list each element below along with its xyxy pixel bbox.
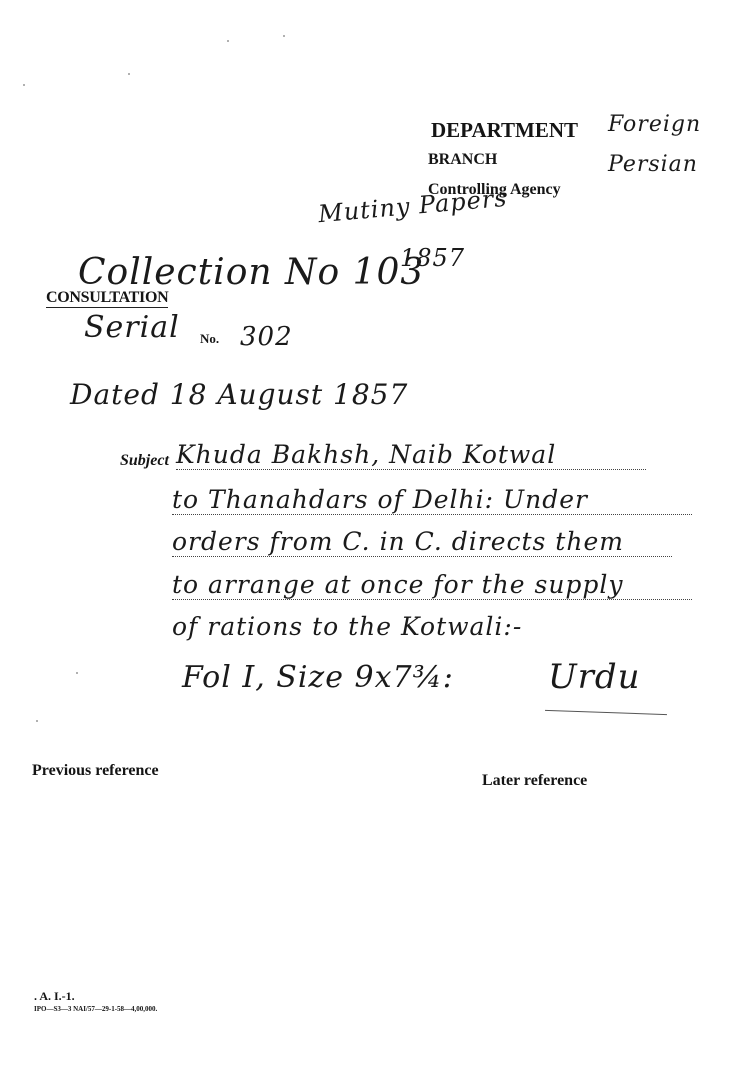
subject-line-1: Khuda Bakhsh, Naib Kotwal xyxy=(176,440,646,470)
subject-line-3: orders from C. in C. directs them xyxy=(172,527,672,557)
scan-speck xyxy=(76,672,78,674)
consultation-label: CONSULTATION xyxy=(46,289,168,308)
form-code: . A. I.-1. xyxy=(34,989,75,1004)
print-line: IPO—S3—3 NAI/57—29-1-58—4,00,000. xyxy=(34,1005,157,1013)
branch-label: BRANCH xyxy=(428,151,497,169)
serial-handwritten: Serial xyxy=(84,310,180,345)
subject-label: Subject xyxy=(120,452,169,470)
previous-reference-label: Previous reference xyxy=(32,762,159,780)
branch-value: Persian xyxy=(608,152,698,177)
language-underline xyxy=(545,710,667,715)
serial-number: 302 xyxy=(240,322,293,352)
subject-line-4: to arrange at once for the supply xyxy=(172,570,692,600)
scan-speck xyxy=(283,35,285,37)
no-label: No. xyxy=(200,331,219,347)
collection-number: Collection No 103 xyxy=(78,252,424,293)
scan-speck xyxy=(36,720,38,722)
subject-line-2: to Thanahdars of Delhi: Under xyxy=(172,485,692,515)
language: Urdu xyxy=(548,657,641,697)
scan-speck xyxy=(227,40,229,42)
later-reference-label: Later reference xyxy=(482,772,587,790)
folio-size: Fol I, Size 9x7¾: xyxy=(182,660,454,695)
scan-speck xyxy=(128,73,130,75)
department-label: DEPARTMENT xyxy=(431,118,578,143)
agency-value: Mutiny Papers xyxy=(317,184,508,228)
subject-line-5: of rations to the Kotwali:- xyxy=(172,612,522,641)
dated: Dated 18 August 1857 xyxy=(70,378,408,411)
department-value: Foreign xyxy=(608,112,701,137)
scan-speck xyxy=(23,84,25,86)
